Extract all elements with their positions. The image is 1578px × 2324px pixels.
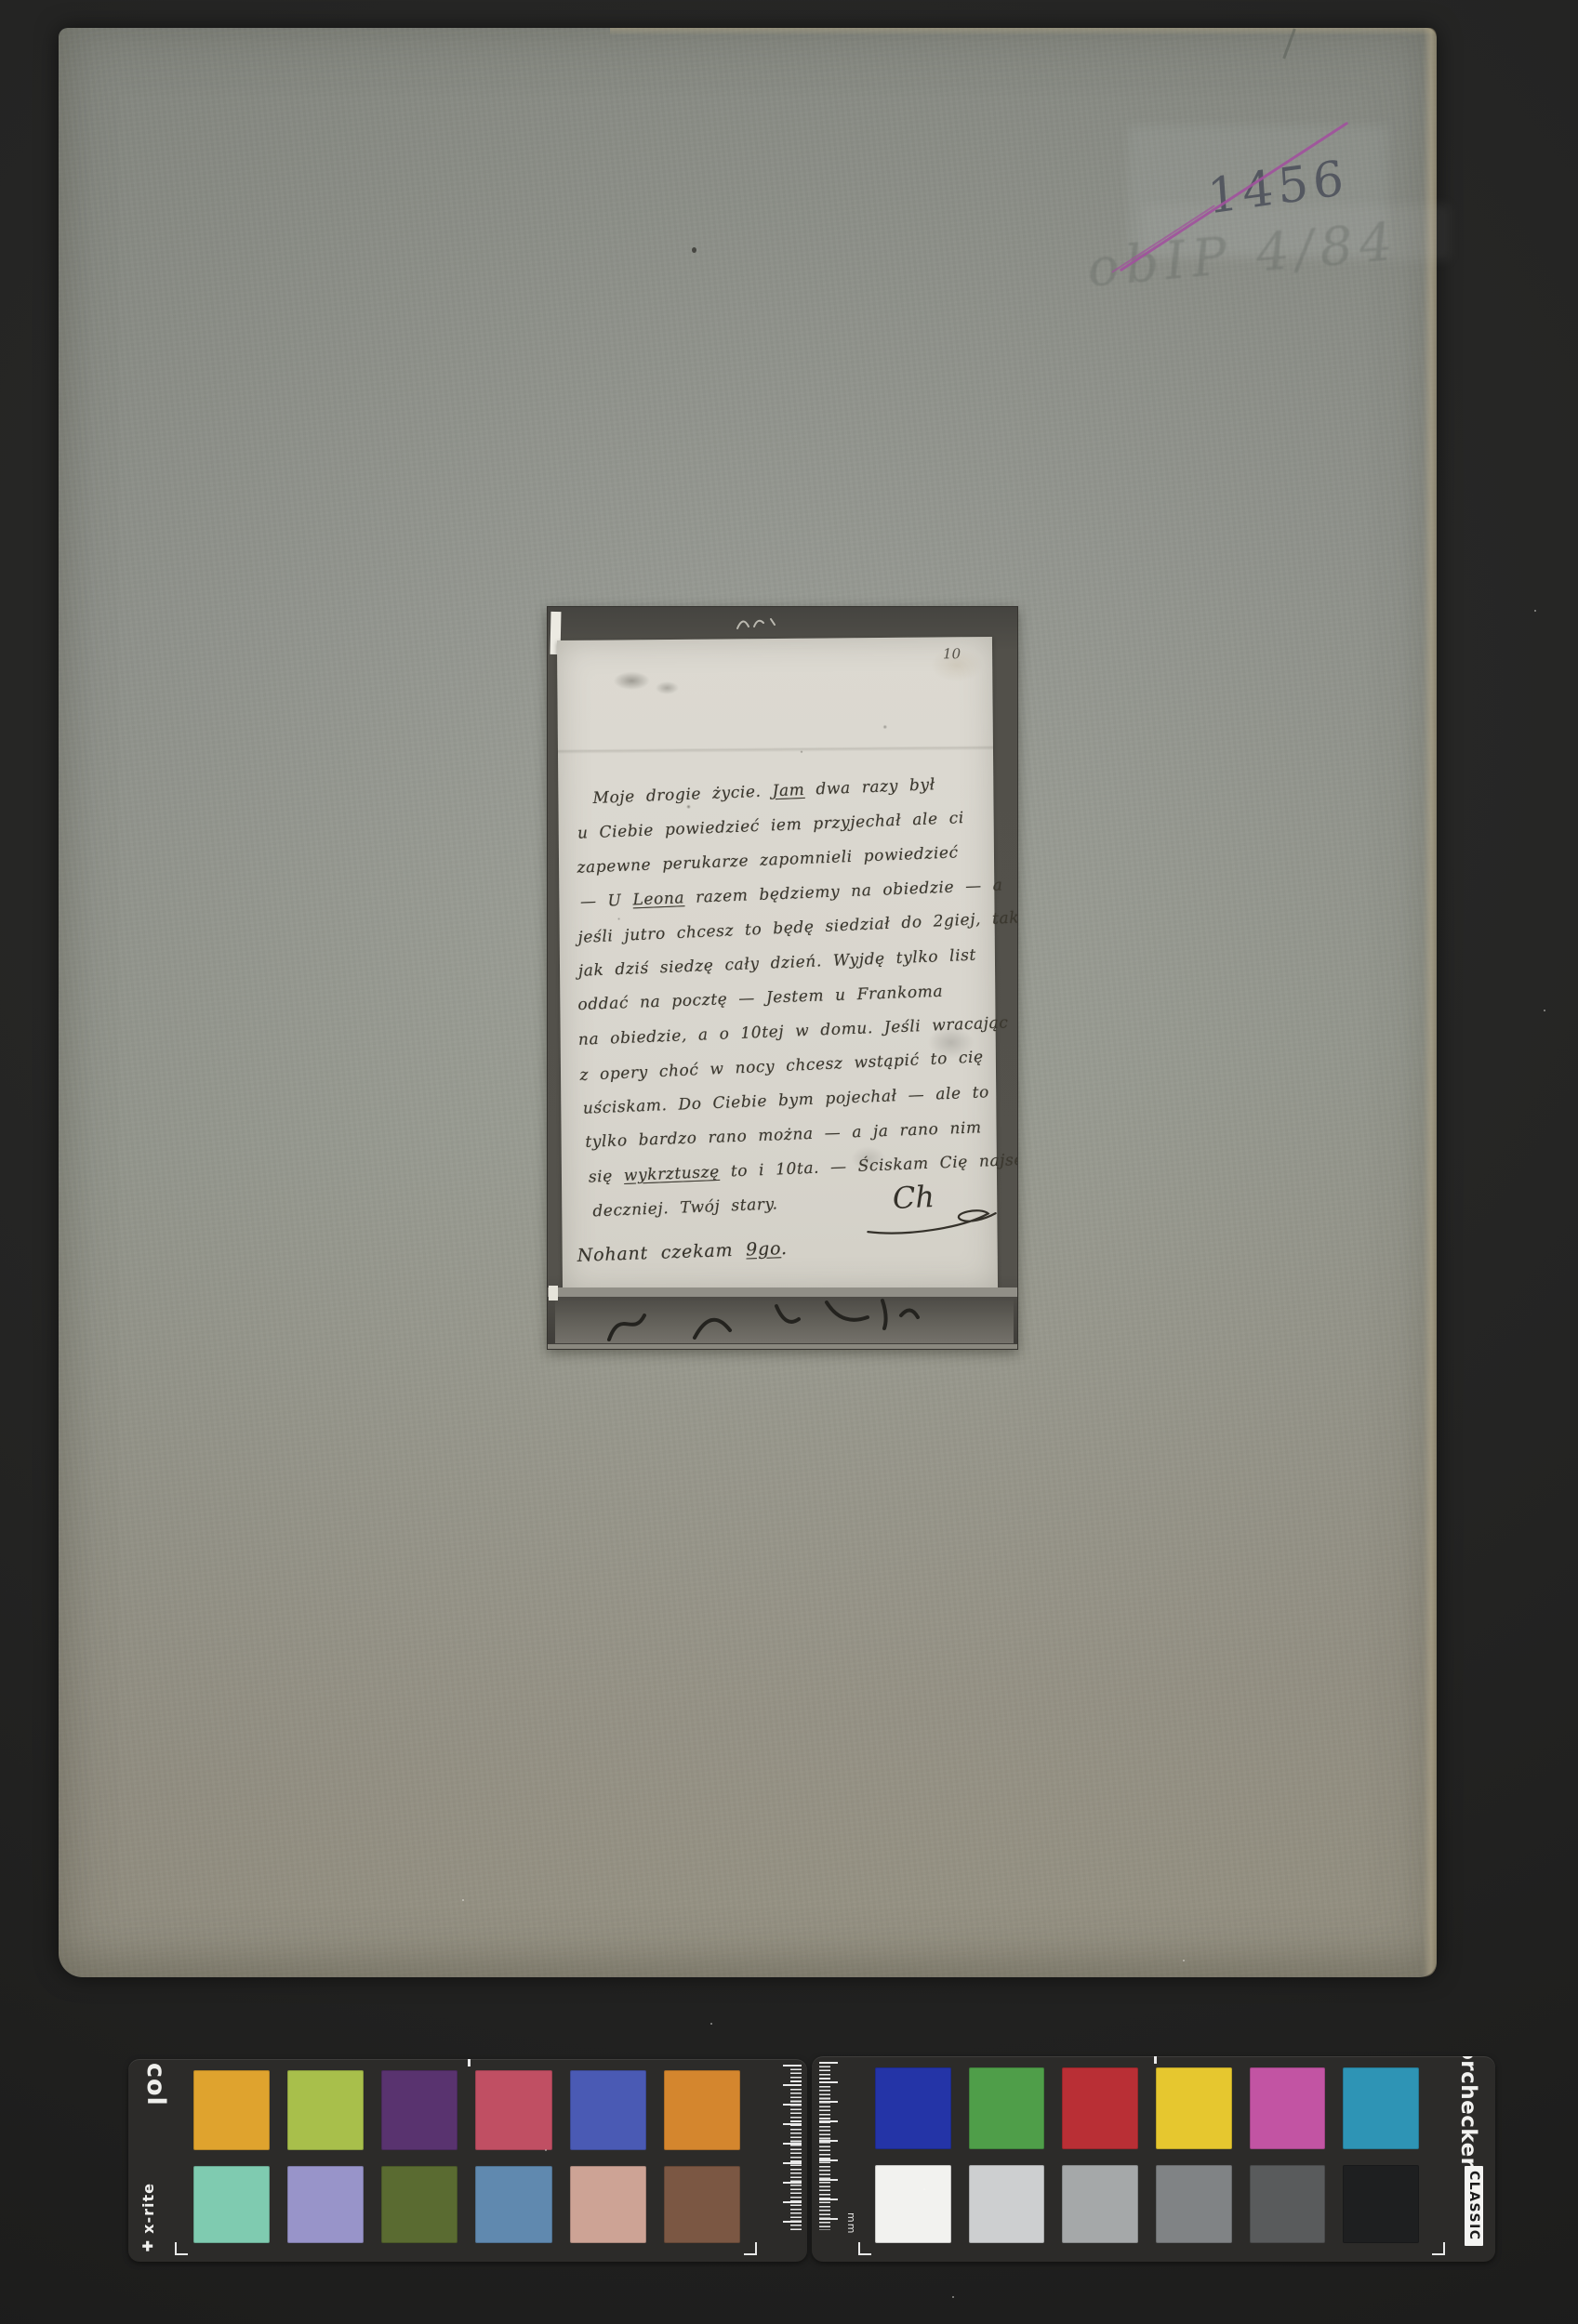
mount-paper-sliver xyxy=(549,1286,558,1301)
mount-band xyxy=(548,1287,1017,1297)
mm-label: mm xyxy=(845,2212,857,2234)
dust-speck xyxy=(952,2296,954,2298)
classic-badge: CLASSIC xyxy=(1465,2166,1483,2246)
color-patch-cyan xyxy=(1343,2067,1419,2149)
color-patch-blue-flower xyxy=(287,2166,364,2243)
scan-background: obIP 4/84 1456 10 Moje drogie życie. Jam… xyxy=(0,0,1578,2324)
mm-ruler xyxy=(819,2062,847,2230)
dust-speck xyxy=(462,1899,464,1901)
color-patch-dark-skin xyxy=(664,2166,740,2243)
photo-bottom-edge xyxy=(548,1344,1017,1349)
color-patch-purple xyxy=(381,2070,457,2150)
handwriting-block: Moje drogie życie. Jam dwa razy był u Ci… xyxy=(576,766,995,1229)
cut-off-handwriting-strokes xyxy=(555,1297,1010,1343)
colorchecker-label-fragment: orchecker xyxy=(1456,2056,1480,2169)
color-patch-neutral-35 xyxy=(1250,2165,1326,2243)
color-patch-magenta xyxy=(1250,2067,1326,2149)
color-patch-orange-yellow xyxy=(193,2070,270,2150)
cut-off-sheet-strip xyxy=(555,1297,1014,1343)
color-patch-orange xyxy=(664,2070,740,2150)
corner-mark xyxy=(1432,2242,1445,2255)
dust-speck xyxy=(1544,1010,1545,1011)
board-edge xyxy=(1423,28,1437,1977)
dust-speck xyxy=(1183,1960,1185,1961)
colorchecker-label-fragment: col xyxy=(141,2063,170,2106)
color-patch-bluish-green xyxy=(193,2166,270,2243)
signature: Ch xyxy=(892,1176,1002,1236)
letter-photograph: 10 Moje drogie życie. Jam dwa razy był u… xyxy=(547,606,1018,1350)
corner-mark xyxy=(744,2242,757,2255)
color-patch-light-skin xyxy=(570,2166,646,2243)
colorchecker-right-panel: mm orchecker CLASSIC xyxy=(812,2056,1495,2262)
color-patch-moderate-red xyxy=(475,2070,551,2150)
colorchecker-left-panel: col ✖ x-rite xyxy=(128,2059,807,2262)
registration-tick xyxy=(468,2059,471,2067)
color-patch-blue-sky xyxy=(475,2166,551,2243)
xrite-logo-icon: ✖ xyxy=(137,2234,160,2257)
color-patch-neutral-8 xyxy=(969,2165,1045,2243)
dust-speck xyxy=(1534,610,1536,612)
color-patch-purplish-blue xyxy=(570,2070,646,2150)
dust-speck xyxy=(545,2149,547,2151)
color-patch-blue xyxy=(875,2067,951,2149)
page-number: 10 xyxy=(943,645,961,662)
color-patch-green xyxy=(969,2067,1045,2149)
color-patch-neutral-65 xyxy=(1062,2165,1138,2243)
speck xyxy=(692,247,696,253)
registration-tick xyxy=(1154,2056,1157,2064)
color-patch-red xyxy=(1062,2067,1138,2149)
speck xyxy=(923,2188,925,2190)
color-patch-yellow xyxy=(1156,2067,1232,2149)
color-patch-grid xyxy=(875,2067,1419,2243)
color-patch-grid xyxy=(193,2070,740,2243)
board-edge xyxy=(610,28,1437,35)
corner-mark xyxy=(858,2242,871,2255)
postscript-line: Nohant czekam 9go. xyxy=(577,1238,788,1266)
color-patch-foliage xyxy=(381,2166,457,2243)
color-patch-white xyxy=(875,2165,951,2243)
color-patch-black xyxy=(1343,2165,1419,2243)
letter-paper: 10 Moje drogie życie. Jam dwa razy był u… xyxy=(557,637,998,1293)
color-patch-neutral-5 xyxy=(1156,2165,1232,2243)
xrite-brand: ✖ x-rite xyxy=(139,2183,157,2254)
xrite-brand-label: x-rite xyxy=(139,2183,157,2234)
dust-speck xyxy=(710,2023,712,2025)
mount-edge-marks xyxy=(732,612,788,636)
color-patch-yellow-green xyxy=(287,2070,364,2150)
corner-mark xyxy=(175,2242,188,2255)
mm-ruler xyxy=(774,2065,802,2230)
mount-board: obIP 4/84 1456 10 Moje drogie życie. Jam… xyxy=(59,28,1437,1977)
